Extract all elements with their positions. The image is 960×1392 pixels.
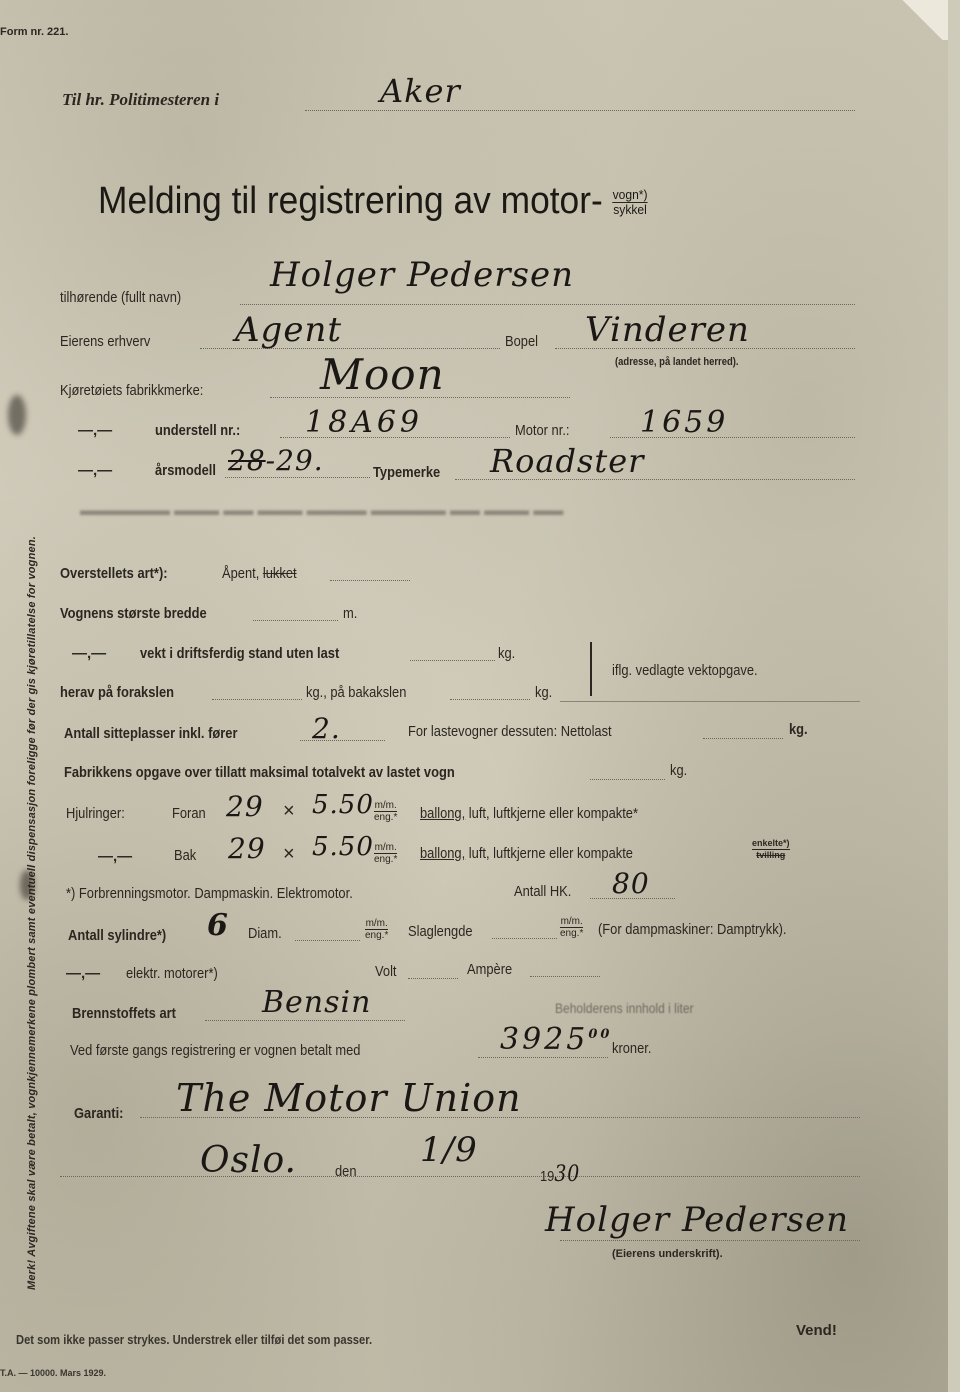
ditto-mark: —,—: [98, 848, 132, 865]
model-value: 28-29.: [228, 444, 324, 477]
unit-fraction: m/m.eng.*: [365, 918, 388, 941]
ditto-mark: —,—: [78, 462, 112, 479]
printer-imprint: T.A. — 10000. Mars 1929.: [0, 1368, 106, 1378]
tires-front-diameter: 29: [226, 790, 264, 823]
volt-label: Volt: [375, 963, 397, 980]
tires-single-twin: enkelte*)tvilling: [752, 838, 790, 861]
tires-front-label: Foran: [172, 805, 206, 822]
owner-label: tilhørende (fullt navn): [60, 289, 181, 306]
weight-note: iflg. vedlagte vektopgave.: [612, 662, 758, 679]
residence-hint: (adresse, på landet herred).: [615, 356, 739, 368]
owner-signature: Holger Pedersen: [545, 1200, 849, 1240]
body-label: Overstellets art*):: [60, 565, 168, 582]
ditto-mark: —,—: [66, 965, 100, 982]
ditto-mark: —,—: [78, 422, 112, 439]
price-value: 392500: [500, 1022, 612, 1057]
price-unit: kroner.: [612, 1040, 651, 1057]
hp-label: Antall HK.: [514, 883, 571, 900]
width-unit: m.: [343, 605, 357, 622]
type-value: Roadster: [490, 442, 644, 480]
tires-front-type: ballong, luft, luftkjerne eller kompakte…: [420, 805, 638, 822]
weight-unit: kg.: [498, 645, 515, 662]
seats-value: 2.: [312, 712, 341, 745]
unit-fraction: m/m.eng.*: [560, 916, 583, 939]
weight-label: vekt i driftsferdig stand uten last: [140, 645, 339, 662]
tires-rear-label: Bak: [174, 847, 196, 864]
unit-fraction: m/m.eng.*: [374, 842, 397, 865]
occupation-value: Agent: [235, 310, 342, 350]
addressee-label: Til hr. Politimesteren i: [62, 90, 219, 110]
date-label: den: [335, 1163, 357, 1180]
date-value: 1/9: [420, 1130, 478, 1170]
tank-label: Beholderens innhold i liter: [555, 1000, 694, 1016]
axle-front-unit: kg., på bakakslen: [306, 684, 406, 701]
tires-rear-width: 5.50: [312, 832, 374, 862]
motor-label: Motor nr.:: [515, 422, 569, 439]
width-label: Vognens største bredde: [60, 605, 207, 622]
steam-note: (For dampmaskiner: Damptrykk).: [598, 921, 787, 938]
engine-types: *) Forbrenningsmotor. Dampmaskin. Elektr…: [66, 885, 353, 902]
max-weight-label: Fabrikkens opgave over tillatt maksimal …: [64, 764, 455, 781]
residence-value: Vinderen: [585, 310, 750, 350]
page-title: Melding til registrering av motor- vogn*…: [98, 180, 648, 223]
guarantee-value: The Motor Union: [176, 1076, 522, 1120]
ampere-label: Ampère: [467, 961, 512, 978]
signature-label: (Eierens underskrift).: [612, 1248, 723, 1260]
residence-label: Bopel: [505, 333, 538, 350]
body-options: Åpent, lukket: [222, 565, 297, 582]
make-label: Kjøretøiets fabrikkmerke:: [60, 382, 203, 399]
occupation-label: Eierens erhverv: [60, 333, 150, 350]
electric-label: elektr. motorer*): [126, 965, 218, 982]
axle-rear-unit: kg.: [535, 684, 552, 701]
chassis-value: 18A69: [305, 405, 423, 440]
year-label: 1930: [540, 1162, 580, 1187]
fuel-value: Bensin: [262, 985, 371, 1020]
tires-rear-diameter: 29: [228, 832, 266, 865]
title-fraction: vogn*) sykkel: [613, 188, 648, 217]
times-sign: ×: [283, 800, 295, 823]
chassis-label: understell nr.:: [155, 422, 240, 439]
ink-smudge: [20, 870, 34, 900]
page-corner: [888, 0, 948, 40]
max-weight-unit: kg.: [670, 762, 687, 779]
cylinders-value: 6: [207, 908, 229, 943]
tires-front-width: 5.50: [312, 790, 374, 820]
addressee-value: Aker: [380, 72, 461, 110]
fuel-label: Brennstoffets art: [72, 1005, 176, 1022]
ditto-mark: —,—: [72, 645, 106, 662]
axle-label: herav på forakslen: [60, 684, 174, 701]
type-label: Typemerke: [373, 464, 440, 481]
document-page: Merk! Avgiftene skal være betalt, vognkj…: [0, 0, 948, 1392]
faded-line: ▬▬▬▬▬▬ ▬▬▬ ▬▬ ▬▬▬ ▬▬▬▬ ▬▬▬▬▬ ▬▬ ▬▬▬ ▬▬: [80, 502, 563, 519]
brace: [590, 642, 600, 696]
form-number: Form nr. 221.: [0, 26, 68, 38]
tires-label: Hjulringer:: [66, 805, 125, 822]
footer-note: Det som ikke passer strykes. Understrek …: [16, 1332, 372, 1347]
times-sign: ×: [283, 843, 295, 866]
place-value: Oslo.: [200, 1140, 297, 1181]
stroke-label: Slaglengde: [408, 923, 473, 940]
vertical-margin-note: Merk! Avgiftene skal være betalt, vognkj…: [26, 536, 38, 1290]
diameter-label: Diam.: [248, 925, 282, 942]
turn-page-note: Vend!: [796, 1322, 837, 1339]
ink-smudge: [8, 395, 26, 435]
cargo-unit: kg.: [789, 721, 808, 738]
tires-rear-type: ballong, luft, luftkjerne eller kompakte: [420, 845, 633, 862]
seats-label: Antall sitteplasser inkl. fører: [64, 725, 237, 742]
guarantee-label: Garanti:: [74, 1105, 123, 1122]
price-label: Ved første gangs registrering er vognen …: [70, 1042, 360, 1059]
make-value: Moon: [320, 350, 445, 399]
model-label: årsmodell: [155, 462, 216, 479]
cargo-label: For lastevogner dessuten: Nettolast: [408, 723, 612, 740]
owner-value: Holger Pedersen: [270, 255, 574, 295]
unit-fraction: m/m.eng.*: [374, 800, 397, 823]
hp-value: 80: [612, 867, 650, 900]
title-text: Melding til registrering av motor-: [98, 180, 603, 222]
motor-value: 1659: [640, 405, 728, 440]
cylinders-label: Antall sylindre*): [68, 927, 166, 944]
